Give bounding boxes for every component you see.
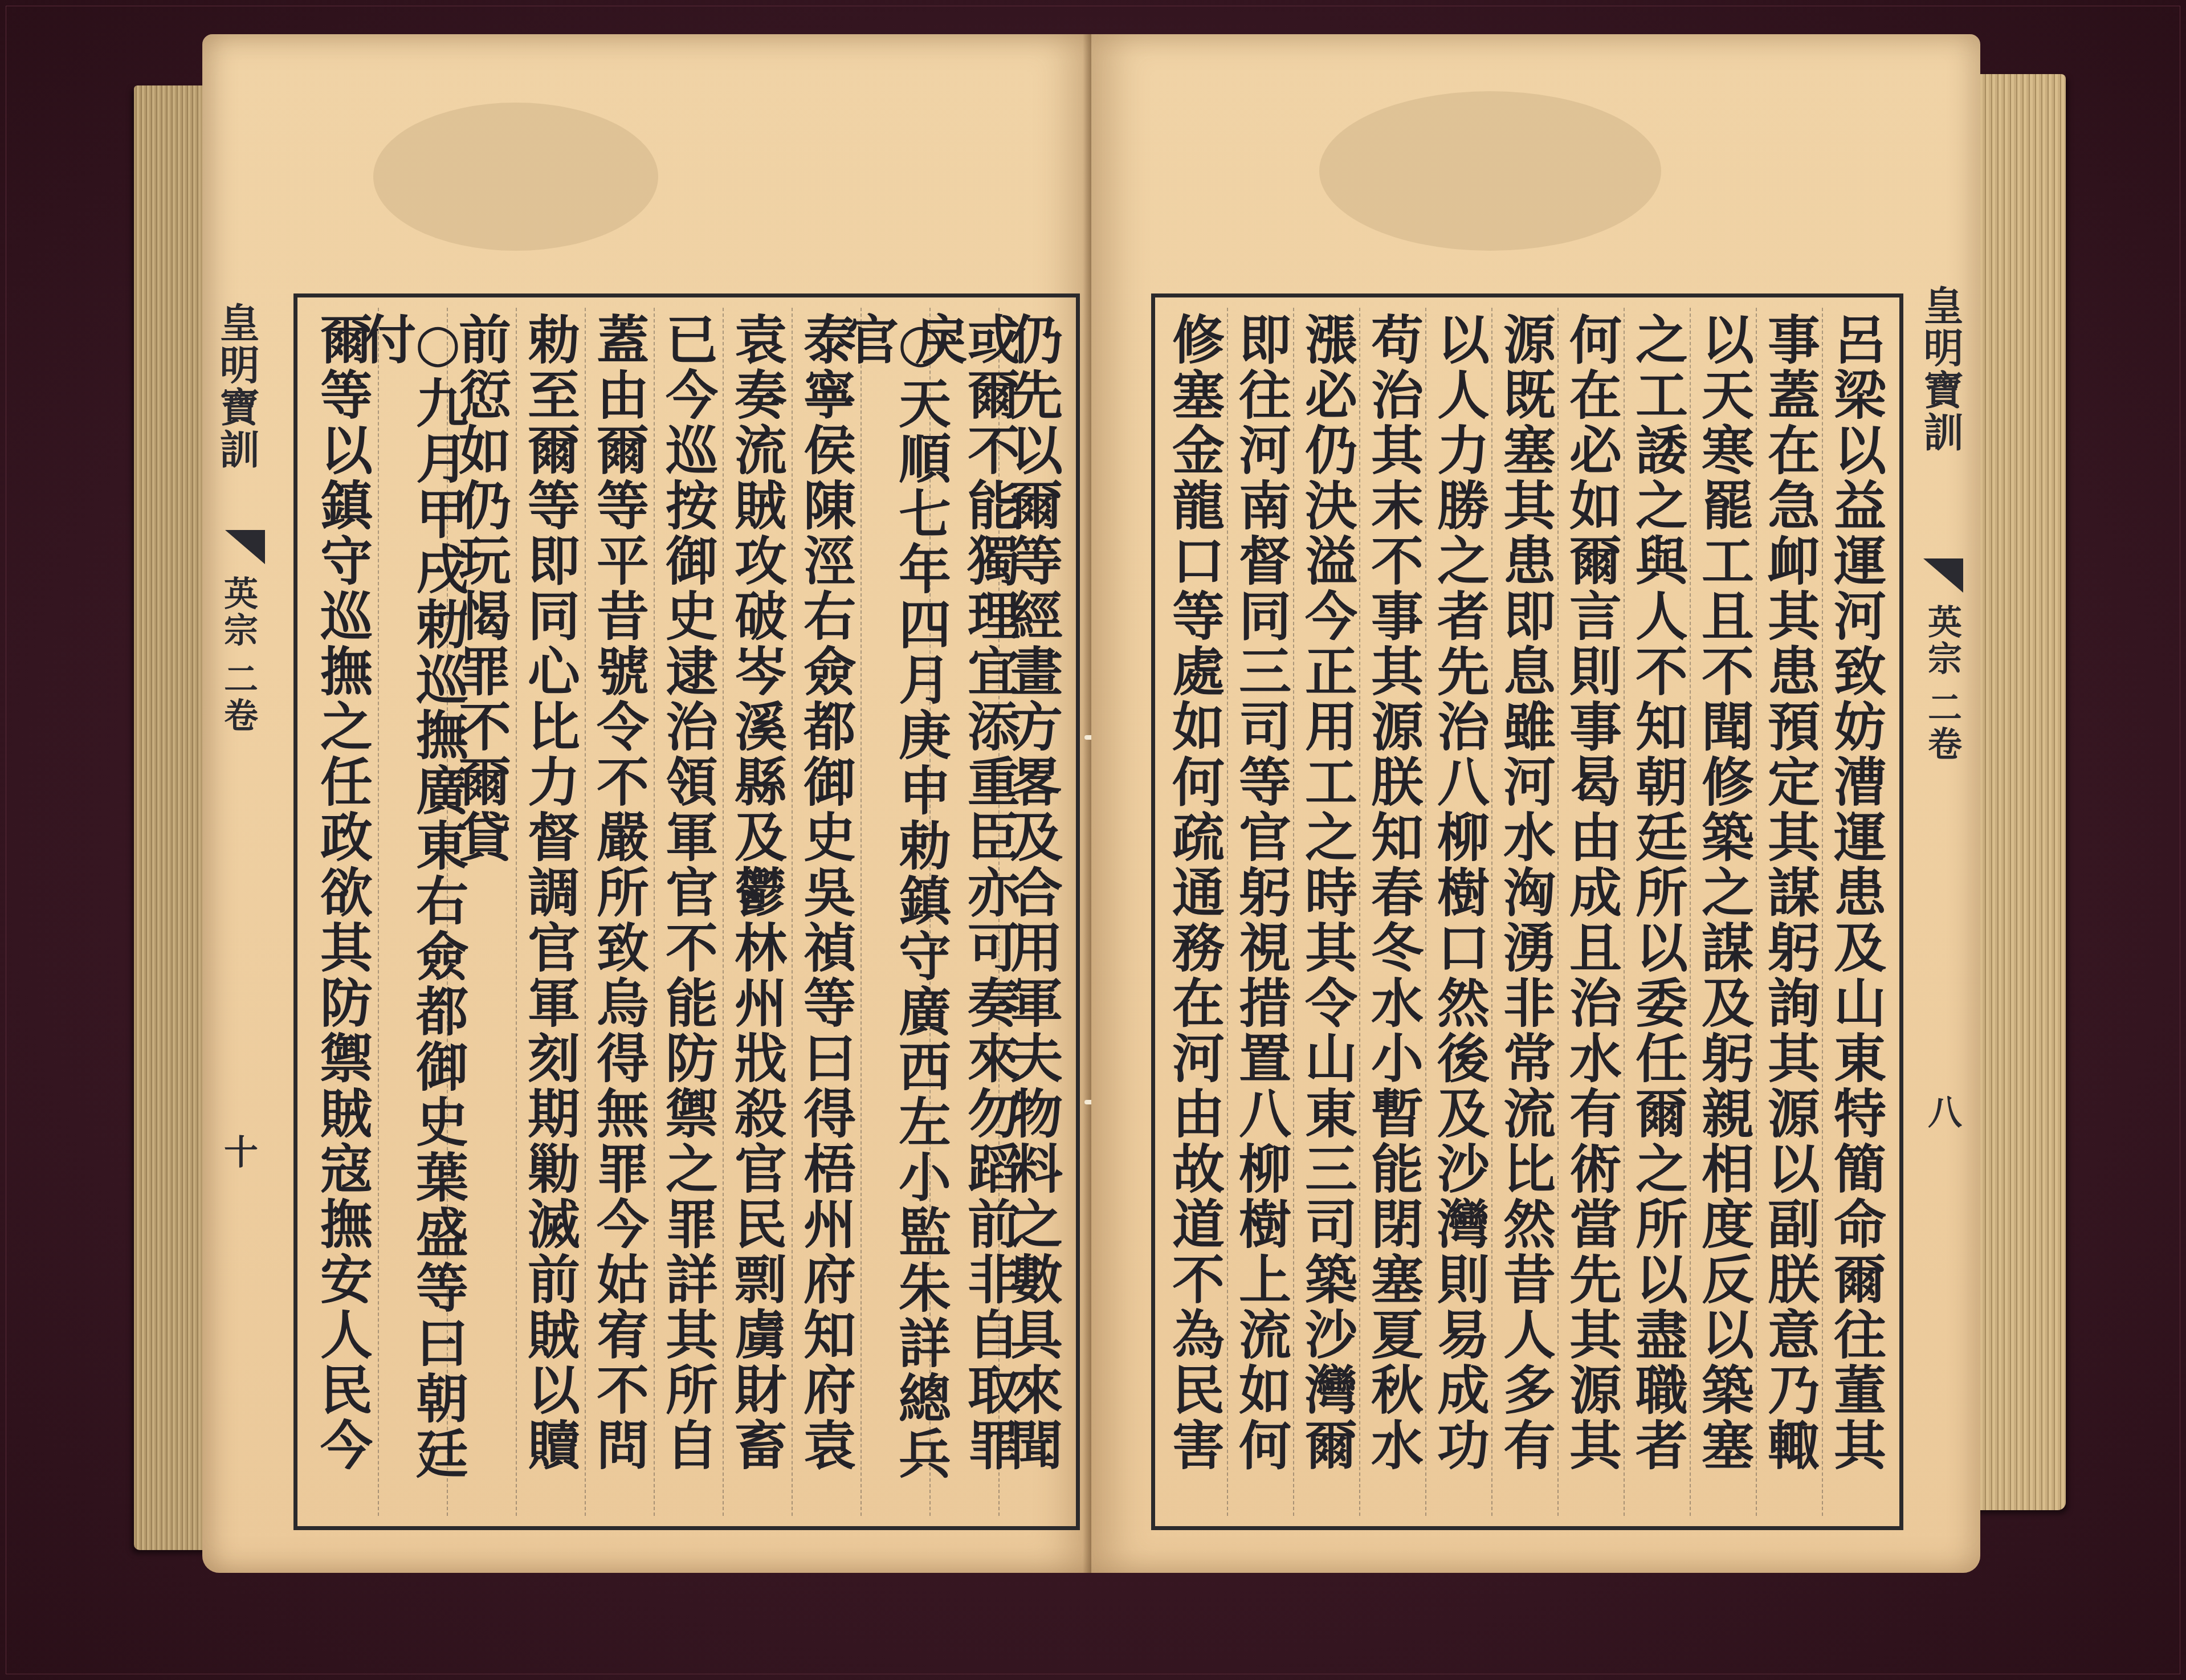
text-column: 苟治其末不事其源朕知春冬水小暫能閉塞夏秋水 — [1359, 308, 1425, 1516]
right-text-frame: 呂梁以益運河致妨漕運患及山東特簡命爾往董其 事蓋在急卹其患預定其謀躬詢其源以副朕… — [1151, 293, 1903, 1530]
left-margin-reign: 英宗 — [214, 576, 263, 649]
open-book: 皇明寶訓 英宗 二卷 十 仍先以爾等經畫方畧及合用軍夫物料之數具來聞 或爾不能獨… — [134, 34, 2066, 1613]
right-margin-title: 皇明寶訓 — [1912, 285, 1969, 454]
paper-stain — [1319, 91, 1661, 251]
text-column: 袁奏流賊攻破岑溪縣及鬱林州戕殺官民剽虜財畜 — [723, 308, 789, 1516]
right-columns: 呂梁以益運河致妨漕運患及山東特簡命爾往董其 事蓋在急卹其患預定其謀躬詢其源以副朕… — [1167, 308, 1888, 1516]
text-column: 何在必如爾言則事曷由成且治水有術當先其源其 — [1557, 308, 1624, 1516]
right-margin-volume: 二卷 — [1918, 690, 1967, 762]
text-column: 事蓋在急卹其患預定其謀躬詢其源以副朕意乃輙 — [1756, 308, 1822, 1516]
paper-stain — [373, 103, 658, 251]
text-column: 漲必仍決溢今正用工之時其令山東三司築沙灣爾 — [1293, 308, 1359, 1516]
left-text-frame: 仍先以爾等經畫方畧及合用軍夫物料之數具來聞 或爾不能獨理宜添重臣亦可奏來勿蹈前非… — [293, 293, 1080, 1530]
fishtail-mark-icon — [1923, 558, 1963, 593]
text-column: 之工諉之與人不知朝廷所以委任爾之所以盡職者 — [1624, 308, 1690, 1516]
text-column: 以人力勝之者先治八柳樹口然後及沙灣則易成功 — [1425, 308, 1491, 1516]
left-margin-page-number: 十 — [214, 1134, 263, 1171]
right-margin-reign: 英宗 — [1918, 604, 1967, 677]
right-page: 呂梁以益運河致妨漕運患及山東特簡命爾往董其 事蓋在急卹其患預定其謀躬詢其源以副朕… — [1091, 34, 1980, 1573]
left-columns: 仍先以爾等經畫方畧及合用軍夫物料之數具來聞 或爾不能獨理宜添重臣亦可奏來勿蹈前非… — [309, 308, 1065, 1516]
text-column: 已今巡按御史逮治領軍官不能防禦之罪詳其所自 — [654, 308, 720, 1516]
text-column: 以天寒罷工且不聞修築之謀及躬親相度反以築塞 — [1690, 308, 1756, 1516]
right-margin-page-number: 八 — [1918, 1094, 1967, 1131]
left-page: 皇明寶訓 英宗 二卷 十 仍先以爾等經畫方畧及合用軍夫物料之數具來聞 或爾不能獨… — [202, 34, 1091, 1573]
text-column: 呂梁以益運河致妨漕運患及山東特簡命爾往董其 — [1822, 308, 1888, 1516]
text-column: 蓋由爾等平昔號令不嚴所致烏得無罪今姑宥不問 — [585, 308, 651, 1516]
fishtail-mark-icon — [225, 530, 265, 564]
text-column: ○九月甲戌勅巡撫廣東右僉都御史葉盛等曰朝廷付 — [378, 308, 444, 1516]
text-column: 源既塞其患即息雖河水洶湧非常流比然昔人多有 — [1491, 308, 1557, 1516]
text-column: 即往河南督同三司等官躬視措置八柳樹上流如何 — [1227, 308, 1293, 1516]
text-column: 前愆如仍玩愒罪不爾貸 — [447, 308, 513, 1516]
left-margin-title: 皇明寶訓 — [208, 302, 266, 471]
left-margin-volume: 二卷 — [214, 661, 263, 734]
text-column: 勅至爾等即同心比力督調官軍刻期勦滅前賊以贖 — [516, 308, 582, 1516]
text-column: 或爾不能獨理宜添重臣亦可奏來勿蹈前非自取罪戾 — [929, 308, 996, 1516]
text-column: 修塞金龍口等處如何疏通務在河由故道不為民害 — [1161, 308, 1227, 1516]
text-column: 仍先以爾等經畫方畧及合用軍夫物料之數具來聞 — [998, 308, 1065, 1516]
